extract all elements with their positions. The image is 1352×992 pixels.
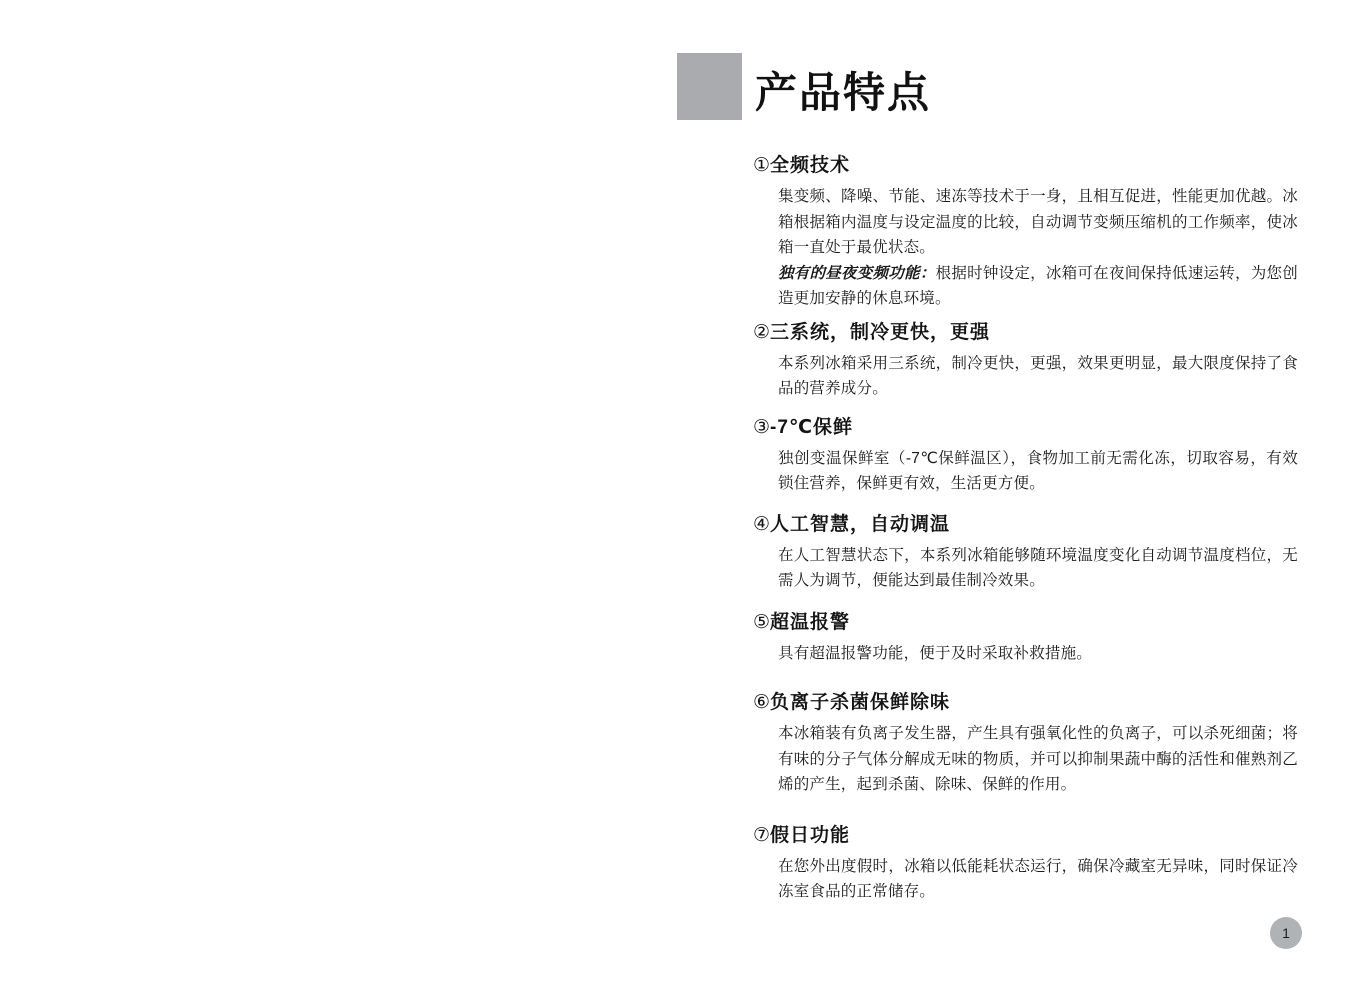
page-number-badge: 1 [1270,917,1302,949]
feature-section-2: ②三系统，制冷更快，更强 本系列冰箱采用三系统，制冷更快，更强，效果更明显，最大… [753,321,1298,402]
feature-section-4: ④人工智慧，自动调温 在人工智慧状态下，本系列冰箱能够随环境温度变化自动调节温度… [753,513,1298,594]
feature-number-4: ④ [753,514,770,535]
page-number: 1 [1282,925,1290,941]
feature-number-2: ② [753,322,770,343]
features-content: ①全频技术 集变频、降噪、节能、速冻等技术于一身，且相互促进，性能更加优越。冰箱… [753,120,1298,905]
feature-heading-6: ⑥负离子杀菌保鲜除味 [753,691,1298,715]
feature-title-5: 超温报警 [770,612,850,633]
feature-section-6: ⑥负离子杀菌保鲜除味 本冰箱装有负离子发生器，产生具有强氧化性的负离子，可以杀死… [753,691,1298,798]
feature-body-1: 集变频、降噪、节能、速冻等技术于一身，且相互促进，性能更加优越。冰箱根据箱内温度… [778,184,1298,261]
page-title: 产品特点 [755,70,931,116]
feature-heading-5: ⑤超温报警 [753,611,1298,635]
feature-section-7: ⑦假日功能 在您外出度假时，冰箱以低能耗状态运行，确保冷藏室无异味，同时保证冷冻… [753,824,1298,905]
feature-heading-3: ③-7℃保鲜 [753,416,1298,440]
feature-heading-1: ①全频技术 [753,154,1298,178]
feature-title-3: -7℃保鲜 [770,417,853,438]
feature-body-4: 在人工智慧状态下，本系列冰箱能够随环境温度变化自动调节温度档位，无需人为调节，便… [778,543,1298,594]
feature-number-1: ① [753,155,770,176]
feature-body-2: 本系列冰箱采用三系统，制冷更快，更强，效果更明显，最大限度保持了食品的营养成分。 [778,351,1298,402]
feature-heading-7: ⑦假日功能 [753,824,1298,848]
feature-body-5: 具有超温报警功能，便于及时采取补救措施。 [778,641,1298,667]
feature-heading-2: ②三系统，制冷更快，更强 [753,321,1298,345]
feature-section-5: ⑤超温报警 具有超温报警功能，便于及时采取补救措施。 [753,611,1298,667]
feature-number-7: ⑦ [753,825,770,846]
feature-body-3: 独创变温保鲜室（-7℃保鲜温区），食物加工前无需化冻，切取容易，有效锁住营养，保… [778,446,1298,497]
feature-number-6: ⑥ [753,692,770,713]
title-accent-square [677,53,742,120]
feature-title-6: 负离子杀菌保鲜除味 [770,692,950,713]
feature-number-3: ③ [753,417,770,438]
feature-section-1: ①全频技术 集变频、降噪、节能、速冻等技术于一身，且相互促进，性能更加优越。冰箱… [753,154,1298,312]
feature-title-1: 全频技术 [770,155,850,176]
feature-heading-4: ④人工智慧，自动调温 [753,513,1298,537]
feature-number-5: ⑤ [753,612,770,633]
feature-body-6: 本冰箱装有负离子发生器，产生具有强氧化性的负离子，可以杀死细菌；将有味的分子气体… [778,721,1298,798]
feature-section-3: ③-7℃保鲜 独创变温保鲜室（-7℃保鲜温区），食物加工前无需化冻，切取容易，有… [753,416,1298,497]
feature-body-7: 在您外出度假时，冰箱以低能耗状态运行，确保冷藏室无异味，同时保证冷冻室食品的正常… [778,854,1298,905]
manual-page: 产品特点 ①全频技术 集变频、降噪、节能、速冻等技术于一身，且相互促进，性能更加… [0,0,1352,992]
feature-note-lead-1: 独有的昼夜变频功能： [778,265,936,282]
feature-note-1: 独有的昼夜变频功能：根据时钟设定，冰箱可在夜间保持低速运转，为您创造更加安静的休… [778,261,1298,312]
feature-title-4: 人工智慧，自动调温 [770,514,950,535]
feature-title-2: 三系统，制冷更快，更强 [770,322,990,343]
feature-title-7: 假日功能 [770,825,850,846]
